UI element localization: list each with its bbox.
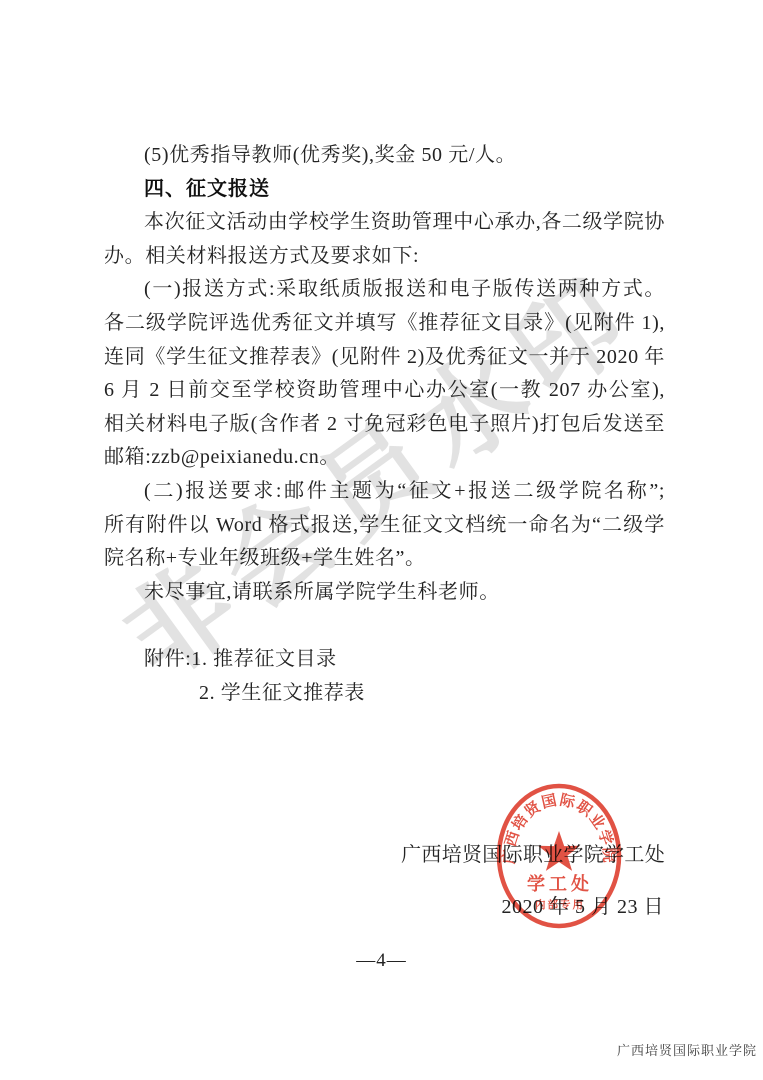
signature-organization: 广西培贤国际职业学院学工处	[401, 838, 665, 867]
doc-line: 未尽事宜,请联系所属学院学生科老师。	[104, 576, 665, 610]
doc-line: 本次征文活动由学校学生资助管理中心承办,各二级学院协	[104, 206, 665, 240]
doc-line: (一)报送方式:采取纸质版报送和电子版传送两种方式。	[104, 273, 665, 307]
doc-line: 所有附件以 Word 格式报送,学生征文文档统一命名为“二级学	[104, 509, 665, 543]
attachment-line-2: 2. 学生征文推荐表	[199, 677, 665, 711]
doc-line: 连同《学生征文推荐表》(见附件 2)及优秀征文一并于 2020 年	[104, 341, 665, 375]
attachment-line-1: 附件:1. 推荐征文目录	[104, 643, 665, 677]
blank-line	[104, 609, 665, 643]
doc-line: 相关材料电子版(含作者 2 寸免冠彩色电子照片)打包后发送至	[104, 408, 665, 442]
signature-date: 2020 年 5 月 23 日	[502, 890, 665, 919]
doc-line: 邮箱:zzb@peixianedu.cn。	[104, 441, 665, 475]
doc-line: 6 月 2 日前交至学校资助管理中心办公室(一教 207 办公室),	[104, 374, 665, 408]
doc-line: 办。相关材料报送方式及要求如下:	[104, 240, 665, 274]
document-body: (5)优秀指导教师(优秀奖),奖金 50 元/人。 四、征文报送 本次征文活动由…	[104, 139, 665, 710]
page-number: —4—	[0, 950, 763, 972]
doc-line: (二)报送要求:邮件主题为“征文+报送二级学院名称”;	[104, 475, 665, 509]
document-page: 非会员水印 (5)优秀指导教师(优秀奖),奖金 50 元/人。 四、征文报送 本…	[0, 0, 763, 1080]
doc-line: (5)优秀指导教师(优秀奖),奖金 50 元/人。	[104, 139, 665, 173]
doc-line: 各二级学院评选优秀征文并填写《推荐征文目录》(见附件 1),	[104, 307, 665, 341]
section-heading: 四、征文报送	[104, 173, 665, 207]
footer-brand: 广西培贤国际职业学院	[617, 1040, 757, 1059]
doc-line: 院名称+专业年级班级+学生姓名”。	[104, 542, 665, 576]
